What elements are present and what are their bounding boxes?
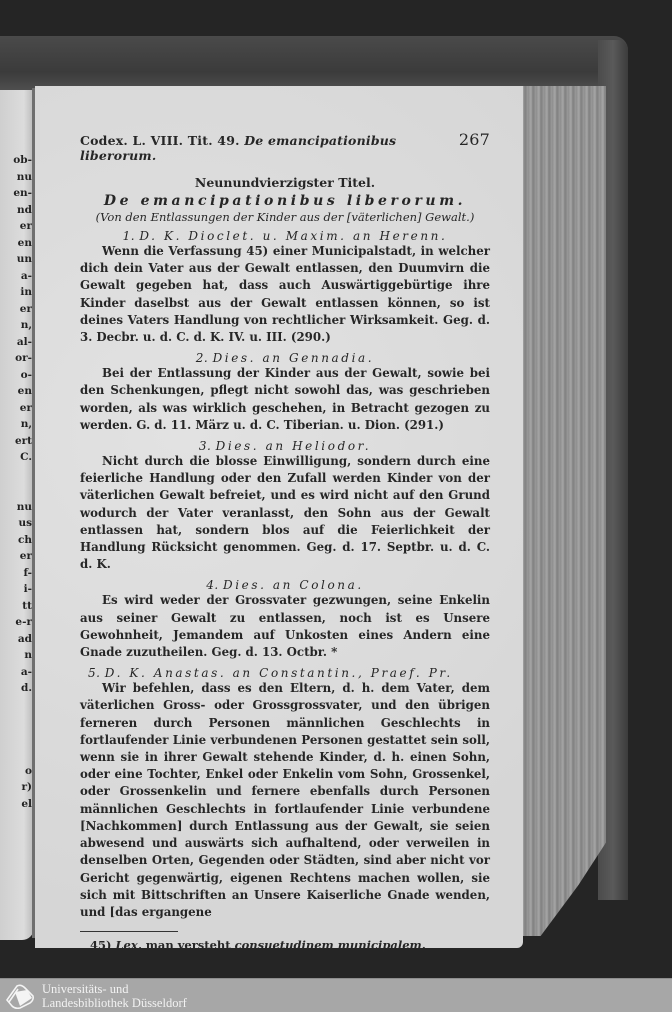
left-page-line: C. (0, 449, 32, 466)
section-number: 1. (123, 229, 135, 243)
left-page-line: i- (0, 581, 32, 598)
left-page-line: or- (0, 350, 32, 367)
section-number: 5. (88, 666, 100, 680)
section-heading-text: Dies. an Colona. (223, 578, 364, 592)
left-page-line: o (0, 763, 32, 780)
left-page-line: er (0, 301, 32, 318)
section-heading: 2. Dies. an Gennadia. (80, 351, 490, 365)
section-5: 5. D. K. Anastas. an Constantin., Praef.… (80, 666, 490, 921)
title-latin: De emancipationibus liberorum. (80, 193, 490, 209)
section-text: Es wird weder der Grossvater gezwungen, … (80, 592, 490, 661)
section-heading-text: D. K. Dioclet. u. Maxim. an Herenn. (139, 229, 447, 243)
running-head: Codex. L. VIII. Tit. 49. De emancipation… (80, 130, 490, 163)
left-page-line: a- (0, 268, 32, 285)
running-head-left: Codex. L. VIII. Tit. 49. De emancipation… (80, 133, 459, 163)
left-page-line: al- (0, 334, 32, 351)
book-logo-icon[interactable] (3, 982, 37, 1010)
section-heading-text: Dies. an Heliodor. (216, 439, 371, 453)
left-page-line: n, (0, 416, 32, 433)
section-number: 2. (196, 351, 208, 365)
footnote-marker: 45) (90, 938, 111, 952)
section-2: 2. Dies. an Gennadia. Bei der Entlassung… (80, 351, 490, 434)
title-translation: (Von den Entlassungen der Kinder aus der… (80, 210, 490, 224)
left-page-line: er (0, 548, 32, 565)
left-page-line: ert (0, 433, 32, 450)
section-number: 4. (206, 578, 218, 592)
library-name-line1: Universitäts- und (42, 982, 187, 996)
left-page-text-fragments: ob-nuen-nderenuna-inern,al-or-o-enern,er… (0, 152, 32, 812)
library-name[interactable]: Universitäts- und Landesbibliothek Düsse… (42, 982, 187, 1010)
left-page-line: in (0, 284, 32, 301)
left-page-line: tt (0, 598, 32, 615)
left-page-line: un (0, 251, 32, 268)
page-fore-edge (520, 86, 606, 936)
section-text: Wir befehlen, dass es den Eltern, d. h. … (80, 680, 490, 921)
left-page-line: n, (0, 317, 32, 334)
section-heading: 4. Dies. an Colona. (80, 578, 490, 592)
scan-image: ob-nuen-nderenuna-inern,al-or-o-enern,er… (0, 0, 672, 978)
page-number: 267 (459, 130, 490, 149)
section-heading: 3. Dies. an Heliodor. (80, 439, 490, 453)
left-page-line: er (0, 218, 32, 235)
left-facing-page: ob-nuen-nderenuna-inern,al-or-o-enern,er… (0, 90, 34, 940)
footnote-rule (80, 931, 178, 932)
page-content: Codex. L. VIII. Tit. 49. De emancipation… (80, 130, 490, 952)
left-page-line: ob- (0, 152, 32, 169)
section-heading: 5. D. K. Anastas. an Constantin., Praef.… (80, 666, 490, 680)
left-page-line (0, 746, 32, 763)
section-text: Nicht durch die blosse Einwilligung, son… (80, 453, 490, 573)
left-page-line: n (0, 647, 32, 664)
left-page-line: a- (0, 664, 32, 681)
section-heading-text: Dies. an Gennadia. (213, 351, 375, 365)
section-heading-text: D. K. Anastas. an Constantin., Praef. Pr… (105, 666, 453, 680)
left-page-line: f- (0, 565, 32, 582)
section-4: 4. Dies. an Colona. Es wird weder der Gr… (80, 578, 490, 661)
footnote-latin: consuetudinem municipalem. (235, 938, 426, 952)
section-heading: 1. D. K. Dioclet. u. Maxim. an Herenn. (80, 229, 490, 243)
footnote-text: man versteht (146, 938, 231, 952)
footnote: 45) Lex, man versteht consuetudinem muni… (80, 938, 490, 952)
section-1: 1. D. K. Dioclet. u. Maxim. an Herenn. W… (80, 229, 490, 346)
book-page: Codex. L. VIII. Tit. 49. De emancipation… (35, 86, 523, 948)
left-page-line (0, 466, 32, 483)
left-page-line: us (0, 515, 32, 532)
left-page-line (0, 482, 32, 499)
left-page-line: el (0, 796, 32, 813)
left-page-line: en (0, 383, 32, 400)
footnote-lex: Lex, (115, 938, 141, 952)
left-page-line: r) (0, 779, 32, 796)
left-page-line (0, 730, 32, 747)
left-page-line: ch (0, 532, 32, 549)
left-page-line (0, 697, 32, 714)
left-page-line: d. (0, 680, 32, 697)
section-text: Wenn die Verfassung 45) einer Municipals… (80, 243, 490, 346)
left-page-line: nu (0, 499, 32, 516)
left-page-line: ad (0, 631, 32, 648)
library-name-line2: Landesbibliothek Düsseldorf (42, 996, 187, 1010)
left-page-line: e-r (0, 614, 32, 631)
running-head-codex: Codex. L. VIII. Tit. 49. (80, 133, 240, 148)
left-page-line: nd (0, 202, 32, 219)
left-page-line: er (0, 400, 32, 417)
left-page-line: en (0, 235, 32, 252)
left-page-line (0, 713, 32, 730)
left-page-line: o- (0, 367, 32, 384)
left-page-line: nu (0, 169, 32, 186)
library-footer-bar: Universitäts- und Landesbibliothek Düsse… (0, 978, 672, 1012)
section-3: 3. Dies. an Heliodor. Nicht durch die bl… (80, 439, 490, 573)
section-text: Bei der Entlassung der Kinder aus der Ge… (80, 365, 490, 434)
left-page-line: en- (0, 185, 32, 202)
title-german: Neunundvierzigster Titel. (80, 175, 490, 190)
section-number: 3. (199, 439, 211, 453)
